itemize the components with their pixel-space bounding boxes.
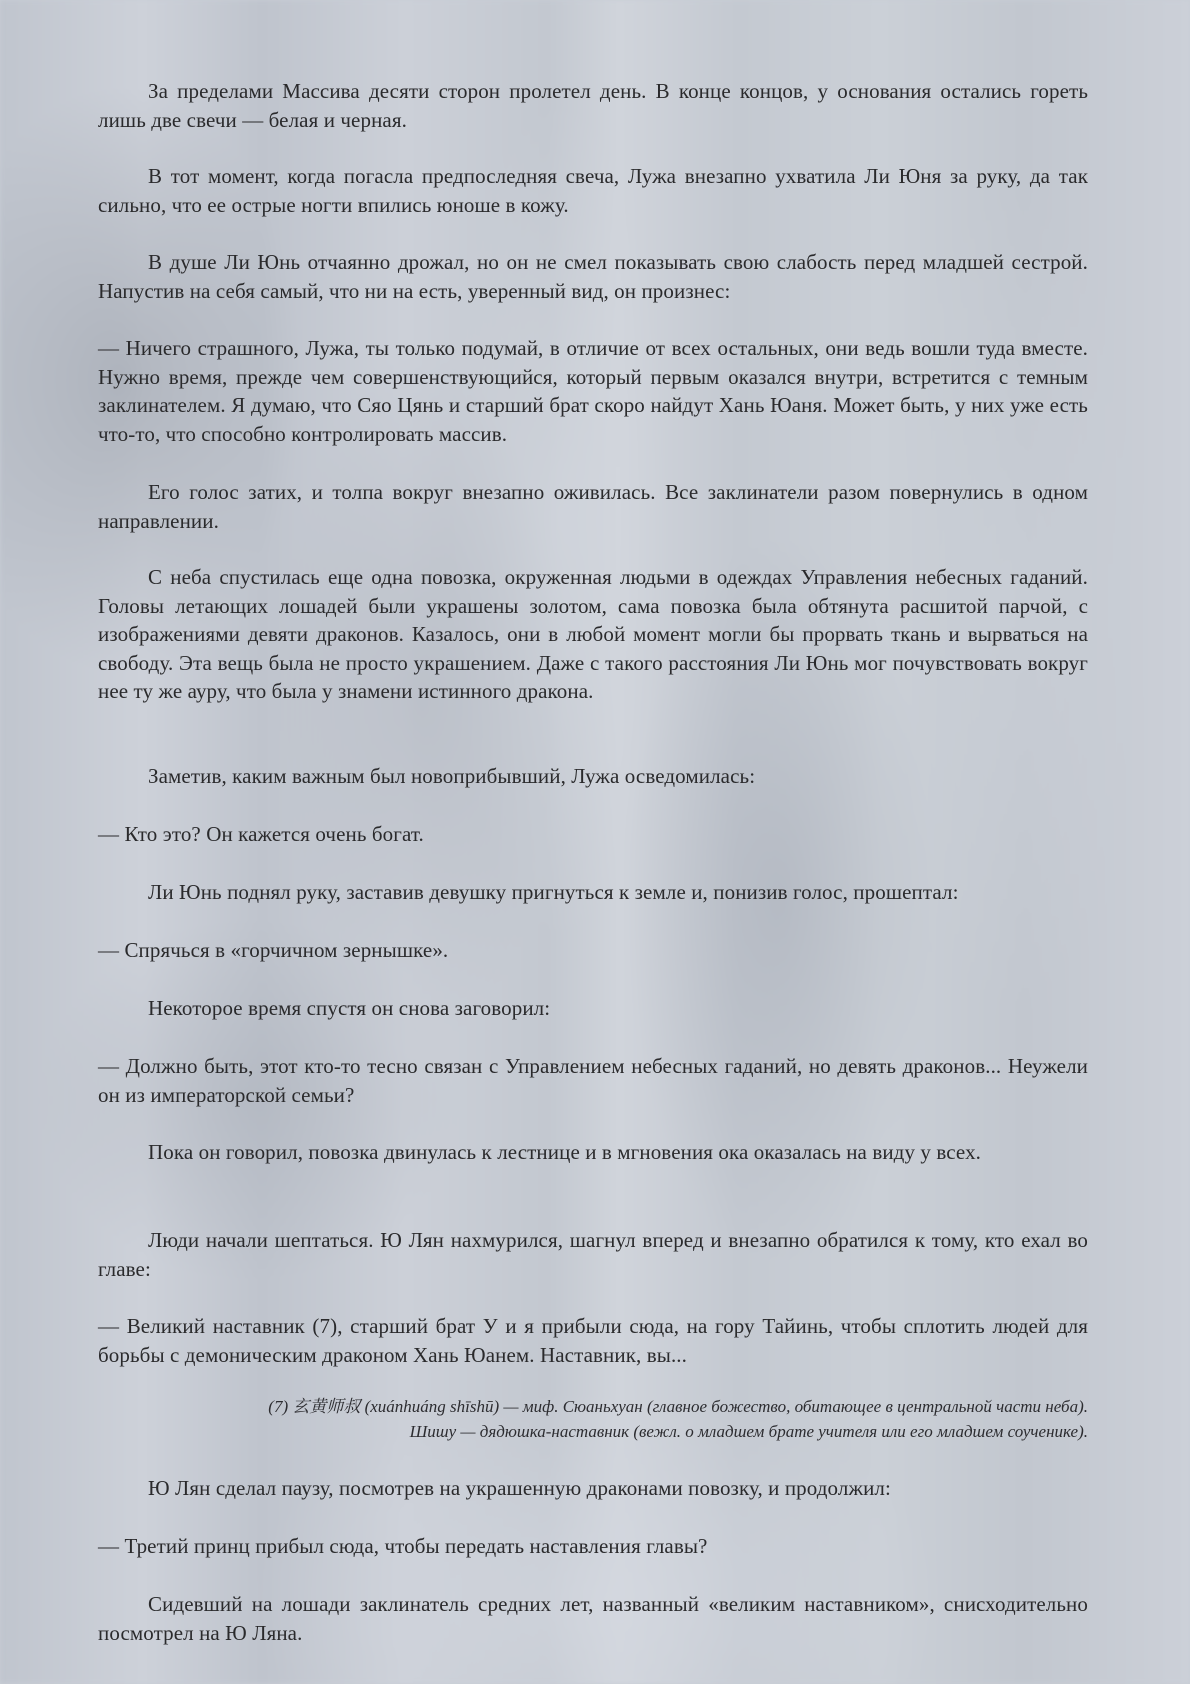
paragraph-narration: Ю Лян сделал паузу, посмотрев на украшен… (98, 1474, 1088, 1503)
paragraph-narration: Некоторое время спустя он снова заговори… (98, 994, 1088, 1023)
footnote: (7) 玄黄师叔 (xuánhuáng shīshū) — миф. Сюань… (98, 1394, 1088, 1444)
footnote-line-1: (7) 玄黄师叔 (xuánhuáng shīshū) — миф. Сюань… (98, 1394, 1088, 1419)
paragraph-narration: С неба спустилась еще одна повозка, окру… (98, 563, 1088, 706)
paragraph-narration: В тот момент, когда погасла предпоследня… (98, 162, 1088, 219)
paragraph-dialogue: — Великий наставник (7), старший брат У … (98, 1312, 1088, 1369)
paragraph-narration: За пределами Массива десяти сторон проле… (98, 77, 1088, 134)
paragraph-narration: Сидевший на лошади заклинатель средних л… (98, 1590, 1088, 1647)
paragraph-narration: В душе Ли Юнь отчаянно дрожал, но он не … (98, 248, 1088, 305)
paragraph-dialogue: — Кто это? Он кажется очень богат. (98, 820, 1088, 849)
footnote-line-2: Шишу — дядюшка-наставник (вежл. о младше… (98, 1419, 1088, 1444)
paragraph-narration: Его голос затих, и толпа вокруг внезапно… (98, 478, 1088, 535)
paragraph-narration: Заметив, каким важным был новоприбывший,… (98, 762, 1088, 791)
paragraph-dialogue: — Спрячься в «горчичном зернышке». (98, 936, 1088, 965)
paragraph-narration: Ли Юнь поднял руку, заставив девушку при… (98, 878, 1088, 907)
paragraph-narration: Люди начали шептаться. Ю Лян нахмурился,… (98, 1226, 1088, 1283)
paragraph-dialogue: — Должно быть, этот кто-то тесно связан … (98, 1052, 1088, 1109)
paragraph-dialogue: — Ничего страшного, Лужа, ты только поду… (98, 334, 1088, 448)
paragraph-narration: Пока он говорил, повозка двинулась к лес… (98, 1138, 1088, 1167)
paragraph-dialogue: — Третий принц прибыл сюда, чтобы переда… (98, 1532, 1088, 1561)
